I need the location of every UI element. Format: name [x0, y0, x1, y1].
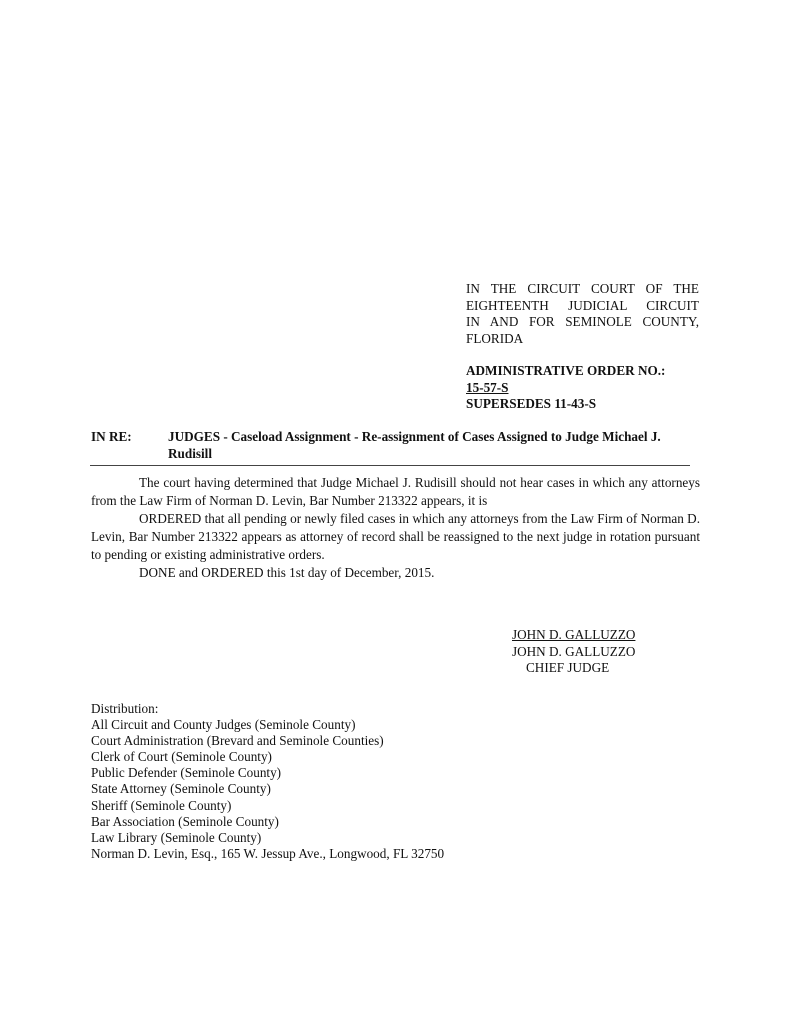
printed-name: JOHN D. GALLUZZO: [512, 644, 635, 661]
caption-line: EIGHTEENTH JUDICIAL CIRCUIT: [466, 298, 699, 315]
order-body: The court having determined that Judge M…: [91, 474, 700, 583]
signature-block: JOHN D. GALLUZZO JOHN D. GALLUZZO CHIEF …: [512, 627, 635, 677]
distribution-list: Distribution: All Circuit and County Jud…: [91, 701, 444, 862]
supersedes-line: SUPERSEDES 11-43-S: [466, 396, 665, 413]
caption-line: IN AND FOR SEMINOLE COUNTY,: [466, 314, 699, 331]
caption-line: IN THE CIRCUIT COURT OF THE: [466, 281, 699, 298]
separator-rule: [90, 465, 690, 466]
distribution-item: Bar Association (Seminole County): [91, 814, 444, 830]
order-heading: ADMINISTRATIVE ORDER NO.:: [466, 363, 665, 380]
distribution-item: Sheriff (Seminole County): [91, 798, 444, 814]
distribution-item: Clerk of Court (Seminole County): [91, 749, 444, 765]
done-and-ordered-line: DONE and ORDERED this 1st day of Decembe…: [91, 564, 700, 582]
court-caption: IN THE CIRCUIT COURT OF THE EIGHTEENTH J…: [466, 281, 699, 347]
in-re-label: IN RE:: [91, 429, 132, 446]
signature-line: JOHN D. GALLUZZO: [512, 627, 635, 644]
caption-line: FLORIDA: [466, 331, 699, 348]
distribution-item: Court Administration (Brevard and Semino…: [91, 733, 444, 749]
order-number: 15-57-S: [466, 380, 665, 397]
distribution-item: Public Defender (Seminole County): [91, 765, 444, 781]
distribution-item: Norman D. Levin, Esq., 165 W. Jessup Ave…: [91, 846, 444, 862]
order-number-block: ADMINISTRATIVE ORDER NO.: 15-57-S SUPERS…: [466, 363, 665, 413]
distribution-item: All Circuit and County Judges (Seminole …: [91, 717, 444, 733]
body-paragraph: ORDERED that all pending or newly filed …: [91, 510, 700, 564]
distribution-heading: Distribution:: [91, 701, 444, 717]
judge-title: CHIEF JUDGE: [512, 660, 635, 677]
distribution-item: Law Library (Seminole County): [91, 830, 444, 846]
distribution-item: State Attorney (Seminole County): [91, 781, 444, 797]
in-re-subject: JUDGES - Caseload Assignment - Re-assign…: [168, 429, 700, 462]
body-paragraph: The court having determined that Judge M…: [91, 474, 700, 510]
